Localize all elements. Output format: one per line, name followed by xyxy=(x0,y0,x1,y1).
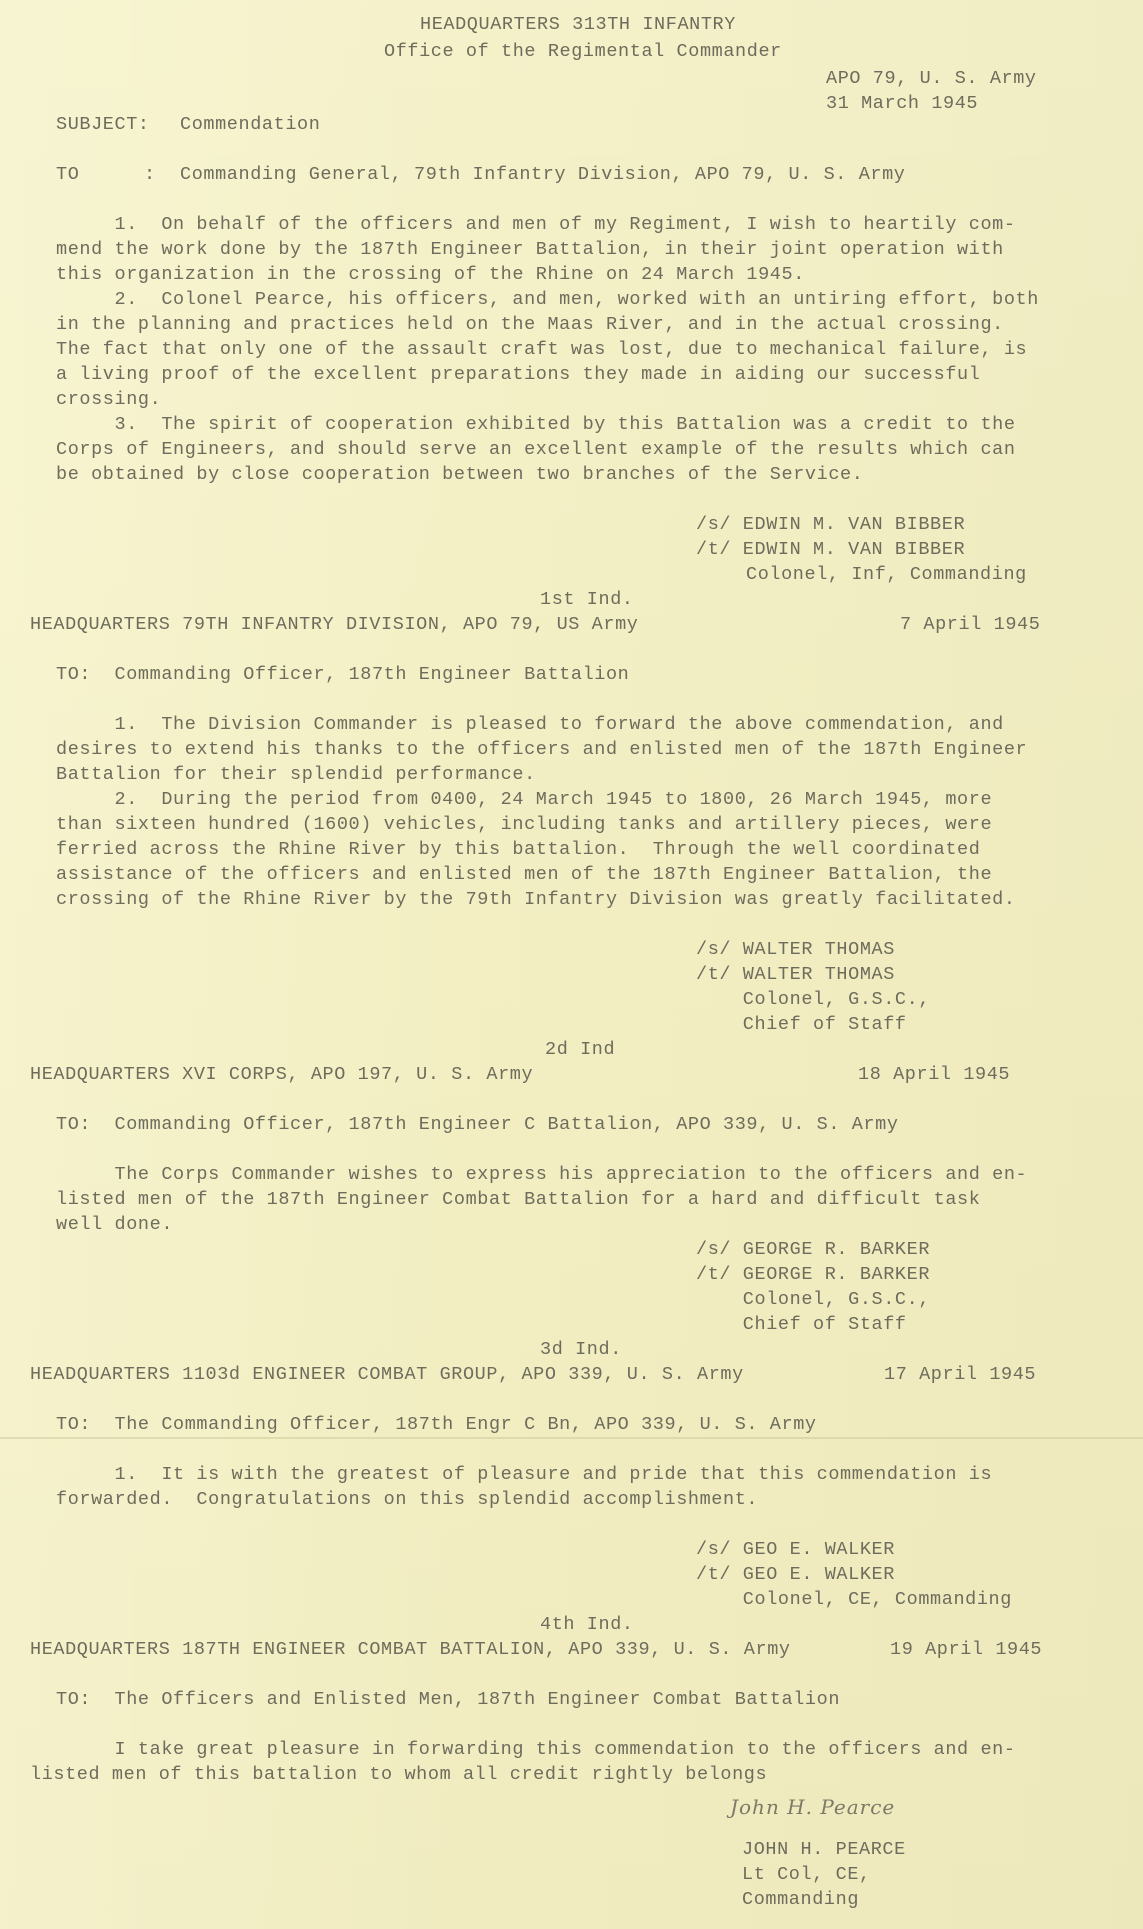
body-line: assistance of the officers and enlisted … xyxy=(56,866,992,885)
letterhead-date: 31 March 1945 xyxy=(826,95,978,114)
body-line: 3. The spirit of cooperation exhibited b… xyxy=(56,416,1016,435)
signature-typed: JOHN H. PEARCE xyxy=(742,1841,906,1860)
subject-value: Commendation xyxy=(180,116,320,135)
signature-title: Colonel, Inf, Commanding xyxy=(746,566,1027,585)
signature-title: Colonel, CE, Commanding xyxy=(696,1591,1012,1610)
handwritten-signature: John H. Pearce xyxy=(730,1795,895,1819)
body-line: crossing of the Rhine River by the 79th … xyxy=(56,891,1016,910)
indorsement-to: TO: Commanding Officer, 187th Engineer B… xyxy=(56,666,629,685)
body-line: than sixteen hundred (1600) vehicles, in… xyxy=(56,816,992,835)
body-line: a living proof of the excellent preparat… xyxy=(56,366,980,385)
body-line: this organization in the crossing of the… xyxy=(56,266,805,285)
indorsement-date: 17 April 1945 xyxy=(884,1366,1036,1385)
signature-signed: /s/ GEORGE R. BARKER xyxy=(696,1241,930,1260)
signature-signed: /s/ GEO E. WALKER xyxy=(696,1541,895,1560)
signature-title: Commanding xyxy=(742,1891,859,1910)
signature-typed: /t/ GEO E. WALKER xyxy=(696,1566,895,1585)
body-line: Corps of Engineers, and should serve an … xyxy=(56,441,1016,460)
to-sep: : xyxy=(144,166,156,185)
indorsement-hq: HEADQUARTERS XVI CORPS, APO 197, U. S. A… xyxy=(30,1066,533,1085)
body-line: 2. Colonel Pearce, his officers, and men… xyxy=(56,291,1039,310)
body-line: desires to extend his thanks to the offi… xyxy=(56,741,1027,760)
body-line: ferried across the Rhine River by this b… xyxy=(56,841,980,860)
indorsement-hq: HEADQUARTERS 79TH INFANTRY DIVISION, APO… xyxy=(30,616,639,635)
body-line: be obtained by close cooperation between… xyxy=(56,466,863,485)
indorsement-heading: 3d Ind. xyxy=(540,1341,622,1360)
subject-label: SUBJECT: xyxy=(56,116,150,135)
body-line: listed men of the 187th Engineer Combat … xyxy=(56,1191,980,1210)
to-value: Commanding General, 79th Infantry Divisi… xyxy=(180,166,906,185)
body-line: in the planning and practices held on th… xyxy=(56,316,1004,335)
body-line: forwarded. Congratulations on this splen… xyxy=(56,1491,758,1510)
letterhead-apo: APO 79, U. S. Army xyxy=(826,70,1037,89)
paper-fold xyxy=(0,1437,1143,1439)
indorsement-hq: HEADQUARTERS 1103d ENGINEER COMBAT GROUP… xyxy=(30,1366,744,1385)
signature-typed: /t/ GEORGE R. BARKER xyxy=(696,1266,930,1285)
signature-title: Chief of Staff xyxy=(696,1016,907,1035)
indorsement-to: TO: Commanding Officer, 187th Engineer C… xyxy=(56,1116,899,1135)
body-line: 1. It is with the greatest of pleasure a… xyxy=(56,1466,992,1485)
body-line: The Corps Commander wishes to express hi… xyxy=(56,1166,1027,1185)
indorsement-to: TO: The Commanding Officer, 187th Engr C… xyxy=(56,1416,817,1435)
indorsement-date: 18 April 1945 xyxy=(858,1066,1010,1085)
signature-signed: /s/ EDWIN M. VAN BIBBER xyxy=(696,516,965,535)
signature-title: Colonel, G.S.C., xyxy=(696,1291,930,1310)
signature-title: Colonel, G.S.C., xyxy=(696,991,930,1010)
indorsement-date: 7 April 1945 xyxy=(900,616,1040,635)
indorsement-heading: 4th Ind. xyxy=(540,1616,634,1635)
body-line: I take great pleasure in forwarding this… xyxy=(56,1741,1016,1760)
body-line: listed men of this battalion to whom all… xyxy=(30,1766,767,1785)
signature-signed: /s/ WALTER THOMAS xyxy=(696,941,895,960)
signature-typed: /t/ EDWIN M. VAN BIBBER xyxy=(696,541,965,560)
indorsement-hq: HEADQUARTERS 187TH ENGINEER COMBAT BATTA… xyxy=(30,1641,791,1660)
signature-title: Chief of Staff xyxy=(696,1316,907,1335)
indorsement-to: TO: The Officers and Enlisted Men, 187th… xyxy=(56,1691,840,1710)
body-line: Battalion for their splendid performance… xyxy=(56,766,536,785)
body-line: The fact that only one of the assault cr… xyxy=(56,341,1027,360)
indorsement-date: 19 April 1945 xyxy=(890,1641,1042,1660)
signature-typed: /t/ WALTER THOMAS xyxy=(696,966,895,985)
letterhead-unit: HEADQUARTERS 313TH INFANTRY xyxy=(420,16,736,35)
body-line: 1. The Division Commander is pleased to … xyxy=(56,716,1004,735)
body-line: crossing. xyxy=(56,391,161,410)
indorsement-heading: 1st Ind. xyxy=(540,591,634,610)
body-line: 2. During the period from 0400, 24 March… xyxy=(56,791,992,810)
body-line: mend the work done by the 187th Engineer… xyxy=(56,241,1004,260)
body-line: 1. On behalf of the officers and men of … xyxy=(56,216,1016,235)
indorsement-heading: 2d Ind xyxy=(545,1041,615,1060)
signature-title: Lt Col, CE, xyxy=(742,1866,871,1885)
letterhead-office: Office of the Regimental Commander xyxy=(384,43,782,62)
body-line: well done. xyxy=(56,1216,173,1235)
to-label: TO xyxy=(56,166,79,185)
